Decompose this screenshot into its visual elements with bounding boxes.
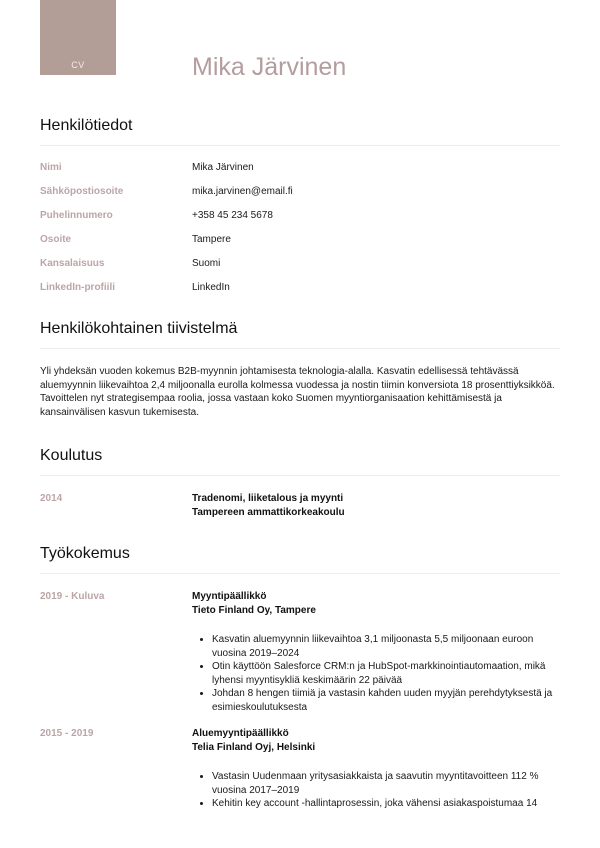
info-value: Suomi <box>192 257 220 271</box>
entry-title: Myyntipäällikkö <box>192 590 560 604</box>
info-row-nationality: Kansalaisuus Suomi <box>40 257 560 281</box>
section-heading-personal: Henkilötiedot <box>40 116 560 146</box>
bullet-item: Kasvatin aluemyynnin liikevaihtoa 3,1 mi… <box>212 633 560 660</box>
cv-badge-label: CV <box>40 60 116 70</box>
info-row-email: Sähköpostiosoite mika.jarvinen@email.fi <box>40 185 560 209</box>
bullet-item: Vastasin Uudenmaan yritysasiakkaista ja … <box>212 770 560 797</box>
entry-title: Tradenomi, liiketalous ja myynti <box>192 492 560 506</box>
education-entry: 2014 Tradenomi, liiketalous ja myynti Ta… <box>40 492 560 519</box>
bullet-item: Johdan 8 hengen tiimiä ja vastasin kahde… <box>212 687 560 714</box>
entry-org: Tieto Finland Oy, Tampere <box>192 604 560 618</box>
entry-org: Tampereen ammattikorkeakoulu <box>192 506 560 520</box>
info-value: +358 45 234 5678 <box>192 209 273 223</box>
entry-org: Telia Finland Oyj, Helsinki <box>192 741 560 755</box>
info-row-phone: Puhelinnumero +358 45 234 5678 <box>40 209 560 233</box>
personal-info-section: Henkilötiedot Nimi Mika Järvinen Sähköpo… <box>40 116 560 305</box>
info-row-name: Nimi Mika Järvinen <box>40 161 560 185</box>
entry-title: Aluemyyntipäällikkö <box>192 727 560 741</box>
experience-entry: 2019 - Kuluva Myyntipäällikkö Tieto Finl… <box>40 590 560 714</box>
info-label: LinkedIn-profiili <box>40 281 115 295</box>
summary-text: Yli yhdeksän vuoden kokemus B2B-myynnin … <box>40 365 560 419</box>
entry-bullets: Vastasin Uudenmaan yritysasiakkaista ja … <box>192 770 560 811</box>
cv-badge: CV <box>40 0 116 75</box>
linkedin-link[interactable]: LinkedIn <box>192 281 230 295</box>
info-label: Nimi <box>40 161 62 175</box>
candidate-name: Mika Järvinen <box>192 52 346 82</box>
entry-date: 2015 - 2019 <box>40 727 93 741</box>
experience-section: Työkokemus 2019 - Kuluva Myyntipäällikkö… <box>40 544 560 811</box>
info-value: Tampere <box>192 233 231 247</box>
info-label: Sähköpostiosoite <box>40 185 123 199</box>
section-heading-summary: Henkilökohtainen tiivistelmä <box>40 319 560 349</box>
entry-bullets: Kasvatin aluemyynnin liikevaihtoa 3,1 mi… <box>192 633 560 714</box>
bullet-item: Otin käyttöön Salesforce CRM:n ja HubSpo… <box>212 660 560 687</box>
education-section: Koulutus 2014 Tradenomi, liiketalous ja … <box>40 446 560 519</box>
entry-date: 2014 <box>40 492 62 506</box>
experience-entry: 2015 - 2019 Aluemyyntipäällikkö Telia Fi… <box>40 727 560 811</box>
summary-section: Henkilökohtainen tiivistelmä Yli yhdeksä… <box>40 319 560 419</box>
info-label: Puhelinnumero <box>40 209 113 223</box>
email-link[interactable]: mika.jarvinen@email.fi <box>192 185 293 199</box>
bullet-item: Kehitin key account -hallintaprosessin, … <box>212 797 560 811</box>
info-label: Osoite <box>40 233 71 247</box>
info-label: Kansalaisuus <box>40 257 104 271</box>
info-row-address: Osoite Tampere <box>40 233 560 257</box>
entry-date: 2019 - Kuluva <box>40 590 104 604</box>
info-row-linkedin: LinkedIn-profiili LinkedIn <box>40 281 560 305</box>
section-heading-education: Koulutus <box>40 446 560 476</box>
section-heading-experience: Työkokemus <box>40 544 560 574</box>
info-value: Mika Järvinen <box>192 161 254 175</box>
